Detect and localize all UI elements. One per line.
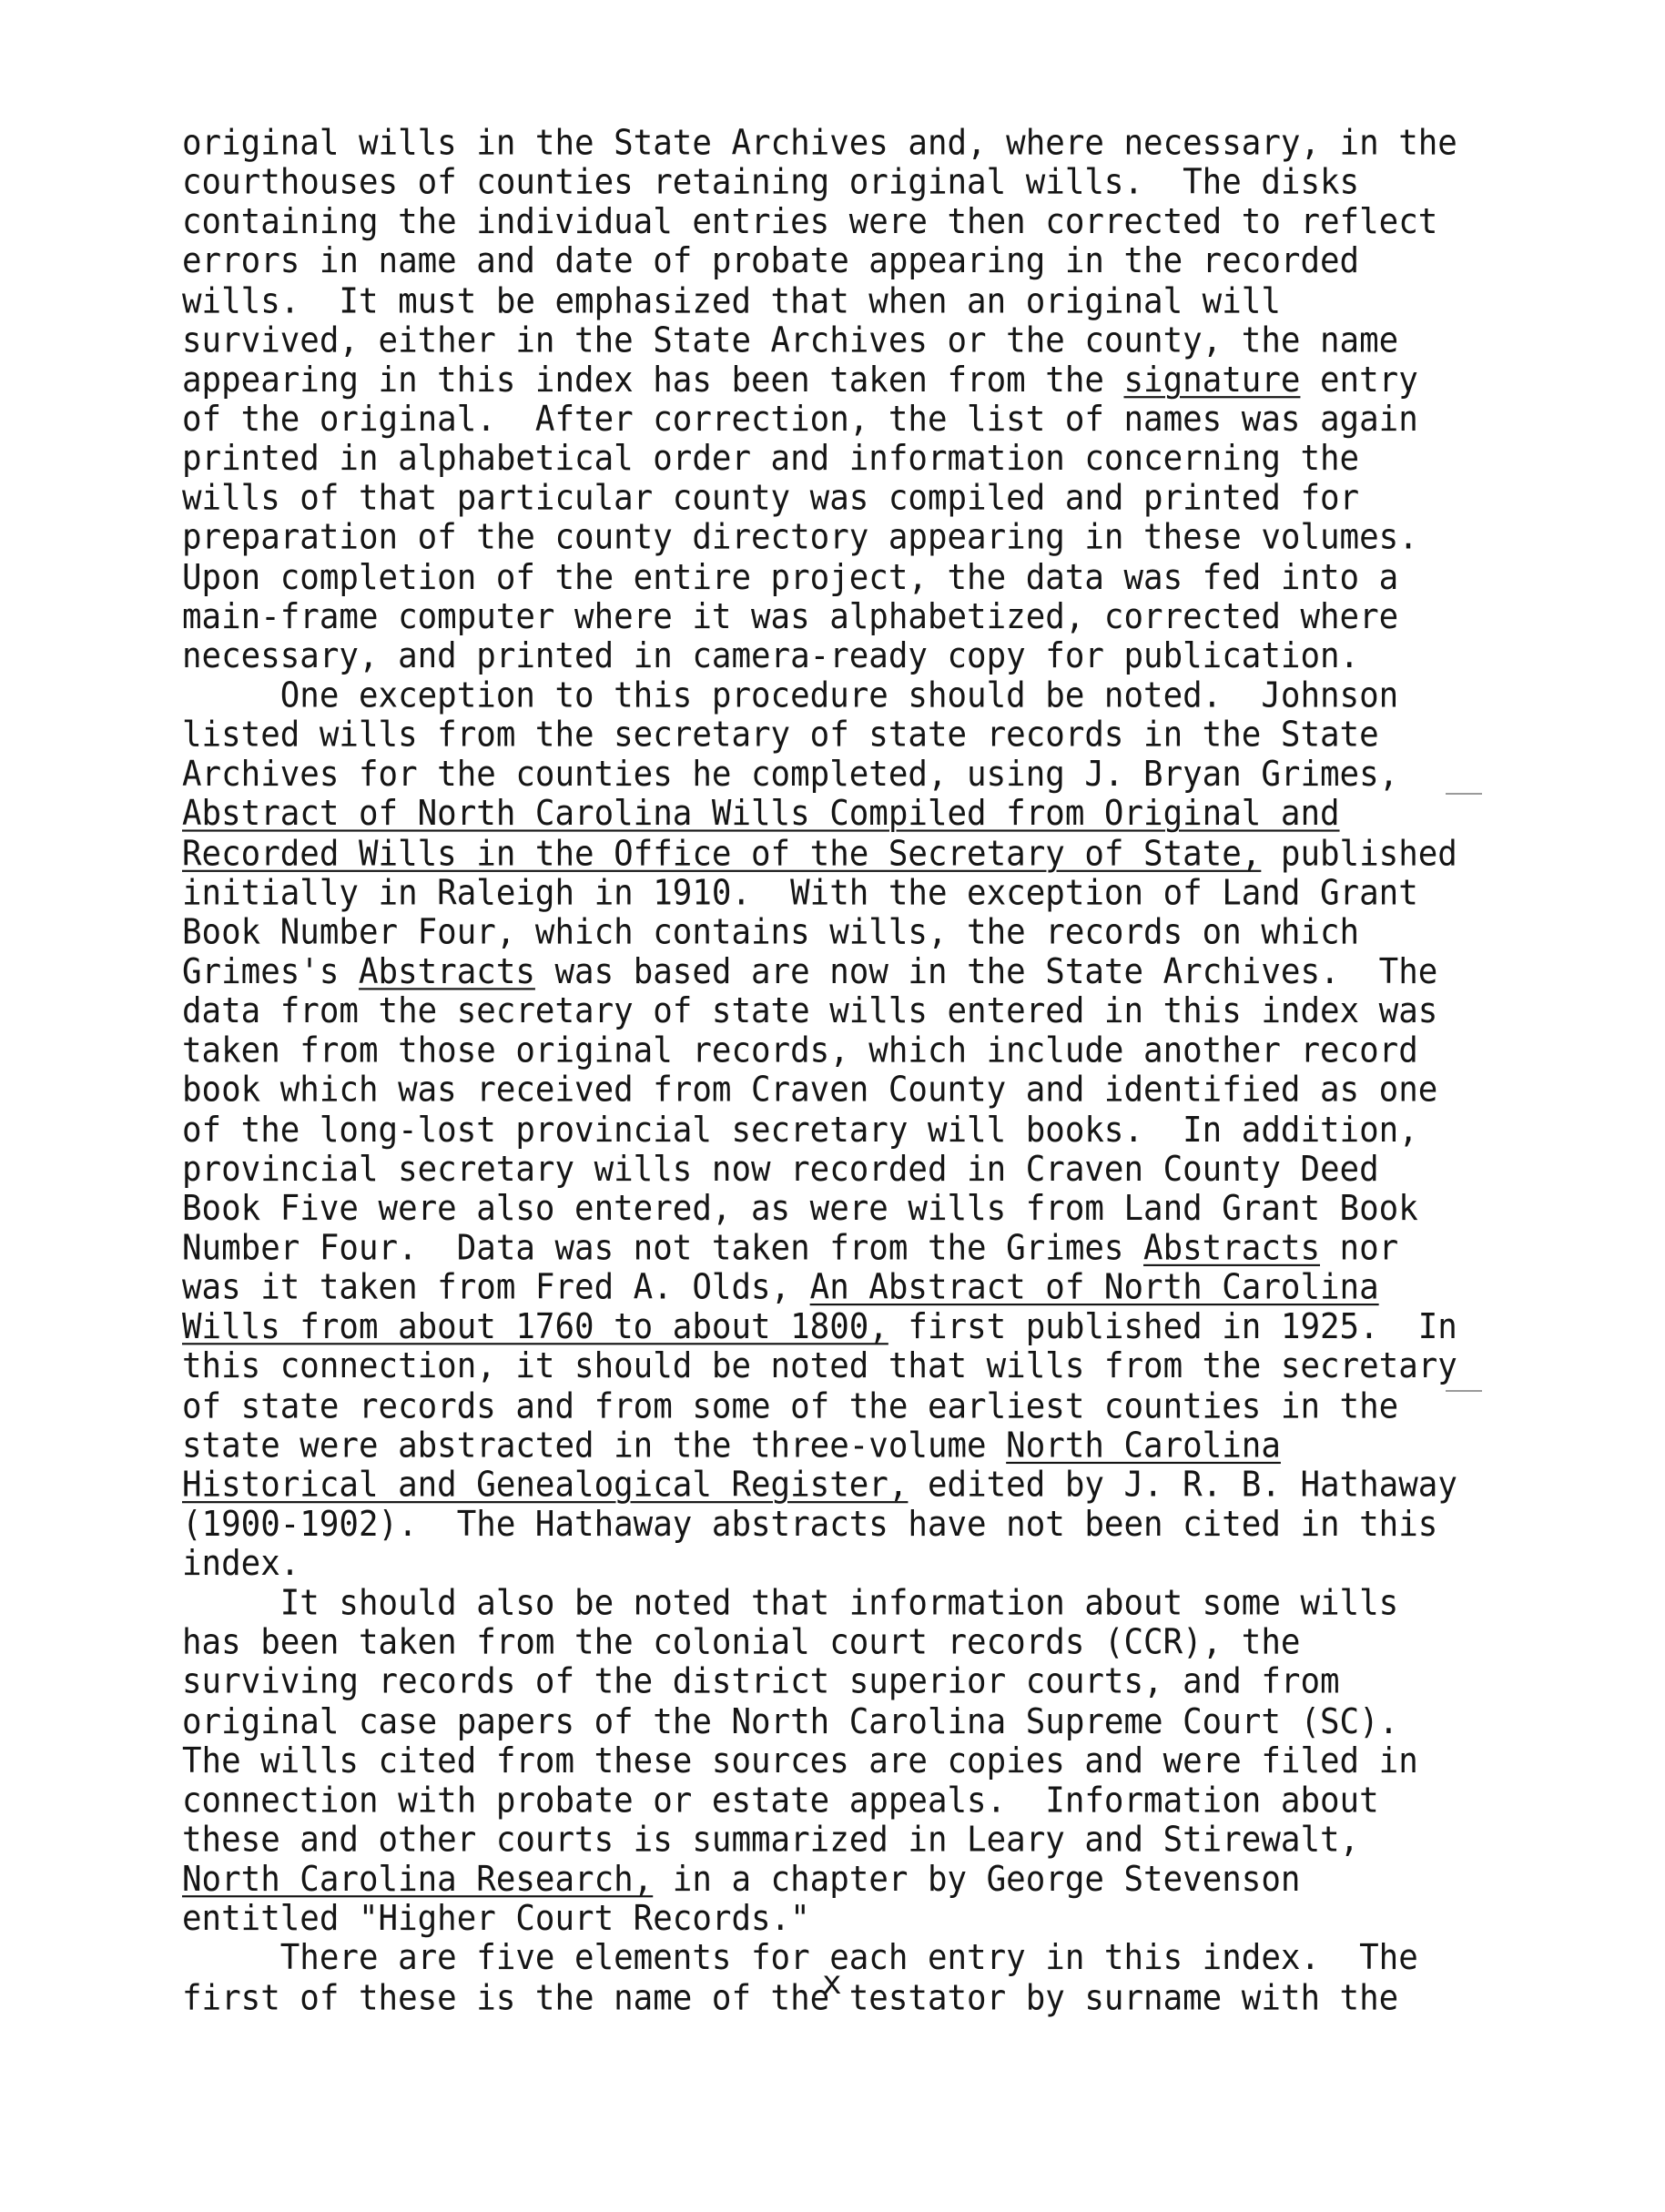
text-segment: index.: [182, 1544, 299, 1584]
text-line: wills of that particular county was comp…: [182, 479, 1493, 518]
text-segment: listed wills from the secretary of state…: [182, 715, 1379, 755]
text-segment: connection with probate or estate appeal…: [182, 1781, 1379, 1821]
margin-mark: [1446, 793, 1482, 795]
text-segment: appearing in this index has been taken f…: [182, 360, 1123, 400]
text-line: original wills in the State Archives and…: [182, 124, 1493, 163]
text-line: courthouses of counties retaining origin…: [182, 163, 1493, 202]
text-line: has been taken from the colonial court r…: [182, 1623, 1493, 1662]
underlined-title: signature: [1123, 360, 1300, 400]
text-segment: Book Number Four, which contains wills, …: [182, 912, 1359, 952]
text-segment: necessary, and printed in camera-ready c…: [182, 635, 1359, 675]
text-segment: book which was received from Craven Coun…: [182, 1070, 1437, 1110]
text-segment: first published in 1925. In: [888, 1306, 1457, 1346]
document-page: original wills in the State Archives and…: [0, 0, 1665, 2212]
text-segment: preparation of the county directory appe…: [182, 517, 1418, 557]
text-line: these and other courts is summarized in …: [182, 1821, 1493, 1860]
text-segment: provincial secretary wills now recorded …: [182, 1149, 1379, 1189]
text-line: provincial secretary wills now recorded …: [182, 1150, 1493, 1189]
text-segment: containing the individual entries were t…: [182, 202, 1437, 242]
text-segment: was it taken from Fred A. Olds,: [182, 1267, 810, 1307]
text-line: It should also be noted that information…: [182, 1584, 1493, 1623]
underlined-title: Historical and Genealogical Register,: [182, 1465, 908, 1505]
text-segment: One exception to this procedure should b…: [182, 675, 1398, 715]
text-line: state were abstracted in the three-volum…: [182, 1426, 1493, 1466]
underlined-title: An Abstract of North Carolina: [810, 1267, 1379, 1307]
text-segment: these and other courts is summarized in …: [182, 1820, 1359, 1860]
text-segment: taken from those original records, which…: [182, 1030, 1418, 1070]
text-line: book which was received from Craven Coun…: [182, 1070, 1493, 1110]
margin-mark: [1446, 1390, 1482, 1392]
underlined-title: Recorded Wills in the Office of the Secr…: [182, 833, 1261, 873]
text-line: wills. It must be emphasized that when a…: [182, 281, 1493, 320]
underlined-title: Abstract of North Carolina Wills Compile…: [182, 794, 1340, 834]
body-text: original wills in the State Archives and…: [182, 124, 1493, 2018]
text-segment: wills. It must be emphasized that when a…: [182, 280, 1281, 320]
text-segment: first of these is the name of the testat…: [182, 1977, 1398, 2017]
text-segment: (1900-1902). The Hathaway abstracts have…: [182, 1504, 1437, 1544]
underlined-title: North Carolina Research,: [182, 1859, 653, 1899]
text-line: of state records and from some of the ea…: [182, 1386, 1493, 1426]
text-line: preparation of the county directory appe…: [182, 519, 1493, 558]
text-line: survived, either in the State Archives o…: [182, 321, 1493, 360]
text-segment: errors in name and date of probate appea…: [182, 241, 1359, 281]
text-line: containing the individual entries were t…: [182, 203, 1493, 242]
text-line: printed in alphabetical order and inform…: [182, 440, 1493, 479]
text-segment: was based are now in the State Archives.…: [535, 951, 1437, 991]
text-line: (1900-1902). The Hathaway abstracts have…: [182, 1505, 1493, 1544]
text-line: Grimes's Abstracts was based are now in …: [182, 952, 1493, 991]
text-line: North Carolina Research, in a chapter by…: [182, 1860, 1493, 1899]
text-line: taken from those original records, which…: [182, 1031, 1493, 1070]
text-line: original case papers of the North Caroli…: [182, 1702, 1493, 1741]
text-line: was it taken from Fred A. Olds, An Abstr…: [182, 1268, 1493, 1307]
text-line: of the original. After correction, the l…: [182, 400, 1493, 439]
text-segment: has been taken from the colonial court r…: [182, 1622, 1300, 1662]
text-line: Abstract of North Carolina Wills Compile…: [182, 795, 1493, 834]
text-segment: survived, either in the State Archives o…: [182, 320, 1398, 360]
text-line: The wills cited from these sources are c…: [182, 1741, 1493, 1781]
text-line: index.: [182, 1545, 1493, 1584]
text-line: Wills from about 1760 to about 1800, fir…: [182, 1308, 1493, 1347]
text-line: main-frame computer where it was alphabe…: [182, 597, 1493, 636]
text-segment: Upon completion of the entire project, t…: [182, 557, 1398, 597]
text-segment: printed in alphabetical order and inform…: [182, 439, 1359, 479]
text-line: Archives for the counties he completed, …: [182, 756, 1493, 795]
text-segment: nor: [1320, 1228, 1398, 1268]
underlined-title: Wills from about 1760 to about 1800,: [182, 1306, 888, 1346]
text-segment: initially in Raleigh in 1910. With the e…: [182, 873, 1418, 913]
text-segment: Book Five were also entered, as were wil…: [182, 1188, 1418, 1228]
text-line: initially in Raleigh in 1910. With the e…: [182, 874, 1493, 913]
text-line: Recorded Wills in the Office of the Secr…: [182, 834, 1493, 873]
text-segment: published: [1261, 833, 1457, 873]
text-segment: surviving records of the district superi…: [182, 1662, 1340, 1702]
page-number: x: [822, 1964, 842, 2002]
text-segment: in a chapter by George Stevenson: [653, 1859, 1300, 1899]
text-segment: There are five elements for each entry i…: [182, 1938, 1418, 1978]
text-segment: It should also be noted that information…: [182, 1583, 1398, 1623]
text-line: Book Five were also entered, as were wil…: [182, 1190, 1493, 1229]
text-line: Upon completion of the entire project, t…: [182, 558, 1493, 597]
text-segment: of the original. After correction, the l…: [182, 399, 1418, 439]
text-segment: state were abstracted in the three-volum…: [182, 1426, 1006, 1466]
text-line: this connection, it should be noted that…: [182, 1347, 1493, 1386]
underlined-title: Abstracts: [1143, 1228, 1320, 1268]
underlined-title: North Carolina: [1006, 1426, 1281, 1466]
text-segment: entry: [1300, 360, 1417, 400]
text-segment: this connection, it should be noted that…: [182, 1346, 1457, 1386]
text-segment: edited by J. R. B. Hathaway: [908, 1465, 1457, 1505]
text-line: errors in name and date of probate appea…: [182, 242, 1493, 281]
text-line: Number Four. Data was not taken from the…: [182, 1229, 1493, 1268]
text-line: One exception to this procedure should b…: [182, 676, 1493, 715]
text-segment: courthouses of counties retaining origin…: [182, 162, 1359, 202]
text-line: connection with probate or estate appeal…: [182, 1781, 1493, 1821]
text-line: Historical and Genealogical Register, ed…: [182, 1466, 1493, 1505]
text-segment: data from the secretary of state wills e…: [182, 991, 1437, 1031]
text-line: necessary, and printed in camera-ready c…: [182, 637, 1493, 676]
text-line: of the long-lost provincial secretary wi…: [182, 1111, 1493, 1150]
text-segment: main-frame computer where it was alphabe…: [182, 596, 1398, 636]
underlined-title: Abstracts: [359, 951, 535, 991]
text-segment: Grimes's: [182, 951, 359, 991]
text-segment: Number Four. Data was not taken from the…: [182, 1228, 1143, 1268]
text-segment: original wills in the State Archives and…: [182, 123, 1457, 163]
text-line: Book Number Four, which contains wills, …: [182, 913, 1493, 952]
text-segment: entitled "Higher Court Records.": [182, 1899, 810, 1939]
text-segment: original case papers of the North Caroli…: [182, 1701, 1398, 1741]
text-segment: wills of that particular county was comp…: [182, 478, 1359, 518]
text-line: surviving records of the district superi…: [182, 1663, 1493, 1702]
text-segment: Archives for the counties he completed, …: [182, 755, 1398, 795]
text-segment: The wills cited from these sources are c…: [182, 1740, 1418, 1781]
text-line: appearing in this index has been taken f…: [182, 360, 1493, 400]
text-line: listed wills from the secretary of state…: [182, 715, 1493, 755]
text-segment: of state records and from some of the ea…: [182, 1385, 1398, 1426]
text-line: entitled "Higher Court Records.": [182, 1900, 1493, 1939]
text-segment: of the long-lost provincial secretary wi…: [182, 1110, 1418, 1150]
text-line: data from the secretary of state wills e…: [182, 992, 1493, 1031]
